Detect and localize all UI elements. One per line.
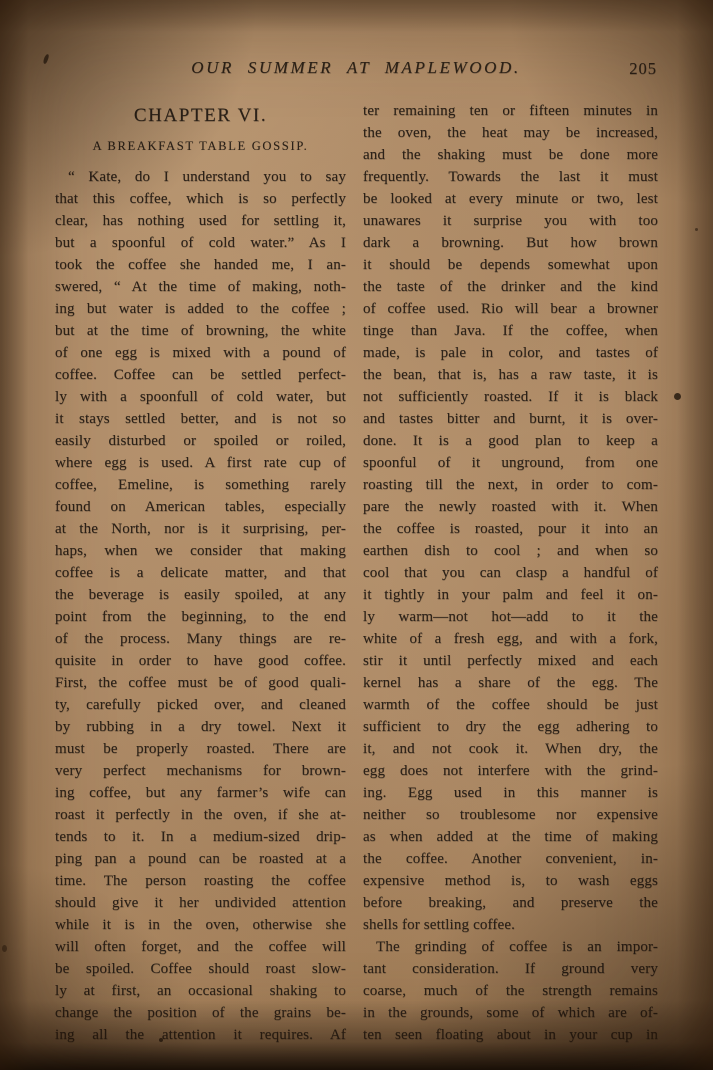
book-page: OUR SUMMER AT MAPLEWOOD. 205 CHAPTER VI.… [0,0,713,1070]
text-line: before breaking, and preserve the [363,892,658,914]
text-line: while it is in the oven, otherwise she [55,914,346,936]
text-line: ter remaining ten or fifteen minutes in [363,100,658,122]
text-line: the oven, the heat may be increased, [363,122,658,144]
text-line: ly with a spoonfull of cold water, but [55,386,346,408]
text-line: of one egg is mixed with a pound of [55,342,346,364]
right-column-text: ter remaining ten or fifteen minutes int… [363,100,658,1046]
text-line: made, is pale in color, and tastes of [363,342,658,364]
right-column: ter remaining ten or fifteen minutes int… [363,100,658,1046]
text-line: neither so troublesome nor expensive [363,804,658,826]
text-line: found on American tables, especially [55,496,346,518]
text-line: ing all the attention it requires. Af [55,1024,346,1046]
chapter-subheading: A BREAKFAST TABLE GOSSIP. [55,139,346,154]
text-line: coffee is a delicate matter, and that [55,562,346,584]
text-line: be looked at every minute or two, lest [363,188,658,210]
text-line: the coffee. Another convenient, in- [363,848,658,870]
text-line: point from the beginning, to the end [55,606,346,628]
text-line: time. The person roasting the coffee [55,870,346,892]
text-line: dark a browning. But how brown [363,232,658,254]
text-line: where egg is used. A first rate cup of [55,452,346,474]
text-line: easily disturbed or spoiled or roiled, [55,430,346,452]
text-line: stir it until perfectly mixed and each [363,650,658,672]
text-line: coffee. Coffee can be settled perfect- [55,364,346,386]
text-line: the coffee is roasted, pour it into an [363,518,658,540]
text-line: ten seen floating about in your cup in [363,1024,658,1046]
text-line: ly warm—not hot—add to it the [363,606,658,628]
text-line: roasting till the next, in order to com- [363,474,658,496]
text-line: expensive method is, to wash eggs [363,870,658,892]
text-line: done. It is a good plan to keep a [363,430,658,452]
text-line: of the process. Many things are re- [55,628,346,650]
text-line: and the shaking must be done more [363,144,658,166]
page-header: OUR SUMMER AT MAPLEWOOD. 205 [55,58,657,86]
text-line: should give it her undivided attention [55,892,346,914]
text-line: haps, when we consider that making [55,540,346,562]
text-line: as when added at the time of making [363,826,658,848]
text-line: it, and not cook it. When dry, the [363,738,658,760]
text-line: kernel has a share of the egg. The [363,672,658,694]
text-line: shells for settling coffee. [363,914,658,936]
text-line: unawares it surprise you with too [363,210,658,232]
text-line: white of a fresh egg, and with a fork, [363,628,658,650]
text-line: quisite in order to have good coffee. [55,650,346,672]
text-line: pare the newly roasted with it. When [363,496,658,518]
left-column-text: “ Kate, do I understand you to saythat t… [55,166,346,1046]
text-line: it tightly in your palm and feel it on- [363,584,658,606]
left-column: CHAPTER VI. A BREAKFAST TABLE GOSSIP. “ … [55,96,346,1046]
text-line: coarse, much of the strength remains [363,980,658,1002]
text-line: ing but water is added to the coffee ; [55,298,346,320]
text-line: must be properly roasted. There are [55,738,346,760]
text-line: but at the time of browning, the white [55,320,346,342]
text-line: change the position of the grains be- [55,1002,346,1024]
text-line: took the coffee she handed me, I an- [55,254,346,276]
text-line: not sufficiently roasted. If it is black [363,386,658,408]
text-line: ping pan a pound can be roasted at a [55,848,346,870]
text-line: frequently. Towards the last it must [363,166,658,188]
text-line: earthen dish to cool ; and when so [363,540,658,562]
text-line: very perfect mechanisms for brown- [55,760,346,782]
text-line: ty, carefully picked over, and cleaned [55,694,346,716]
text-line: of coffee used. Rio will bear a browner [363,298,658,320]
text-line: tends to it. In a medium-sized drip- [55,826,346,848]
text-line: the taste of the drinker and the kind [363,276,658,298]
text-line: swered, “ At the time of making, noth- [55,276,346,298]
text-line: will often forget, and the coffee will [55,936,346,958]
text-line: at the North, nor is it surprising, per- [55,518,346,540]
text-line: ing coffee, but any farmer’s wife can [55,782,346,804]
text-line: egg does not interfere with the grind- [363,760,658,782]
text-line: but a spoonful of cold water.” As I [55,232,346,254]
text-line: by rubbing in a dry towel. Next it [55,716,346,738]
text-line: sufficient to dry the egg adhering to [363,716,658,738]
text-line: the bean, that is, has a raw taste, it i… [363,364,658,386]
chapter-heading: CHAPTER VI. [55,105,346,127]
text-line: tinge than Java. If the coffee, when [363,320,658,342]
text-line: be spoiled. Coffee should roast slow- [55,958,346,980]
text-line: ing. Egg used in this manner is [363,782,658,804]
text-line: spoonful of it unground, from one [363,452,658,474]
text-line: in the grounds, some of which are of- [363,1002,658,1024]
text-line: ly at first, an occasional shaking to [55,980,346,1002]
text-line: it stays settled better, and is not so [55,408,346,430]
text-line: roast it perfectly in the oven, if she a… [55,804,346,826]
text-line: coffee, Emeline, is something rarely [55,474,346,496]
text-line: the beverage is easily spoiled, at any [55,584,346,606]
text-line: tant consideration. If ground very [363,958,658,980]
text-line: cool that you can clasp a handful of [363,562,658,584]
text-line: and tastes bitter and burnt, it is over- [363,408,658,430]
text-line: clear, has nothing used for settling it, [55,210,346,232]
text-line: warmth of the coffee should be just [363,694,658,716]
text-line: The grinding of coffee is an impor- [363,936,658,958]
page-number: 205 [629,59,657,79]
text-line: that this coffee, which is so perfectly [55,188,346,210]
text-line: “ Kate, do I understand you to say [55,166,346,188]
running-title: OUR SUMMER AT MAPLEWOOD. [55,58,657,78]
text-line: First, the coffee must be of good quali- [55,672,346,694]
text-line: it should be depends somewhat upon [363,254,658,276]
